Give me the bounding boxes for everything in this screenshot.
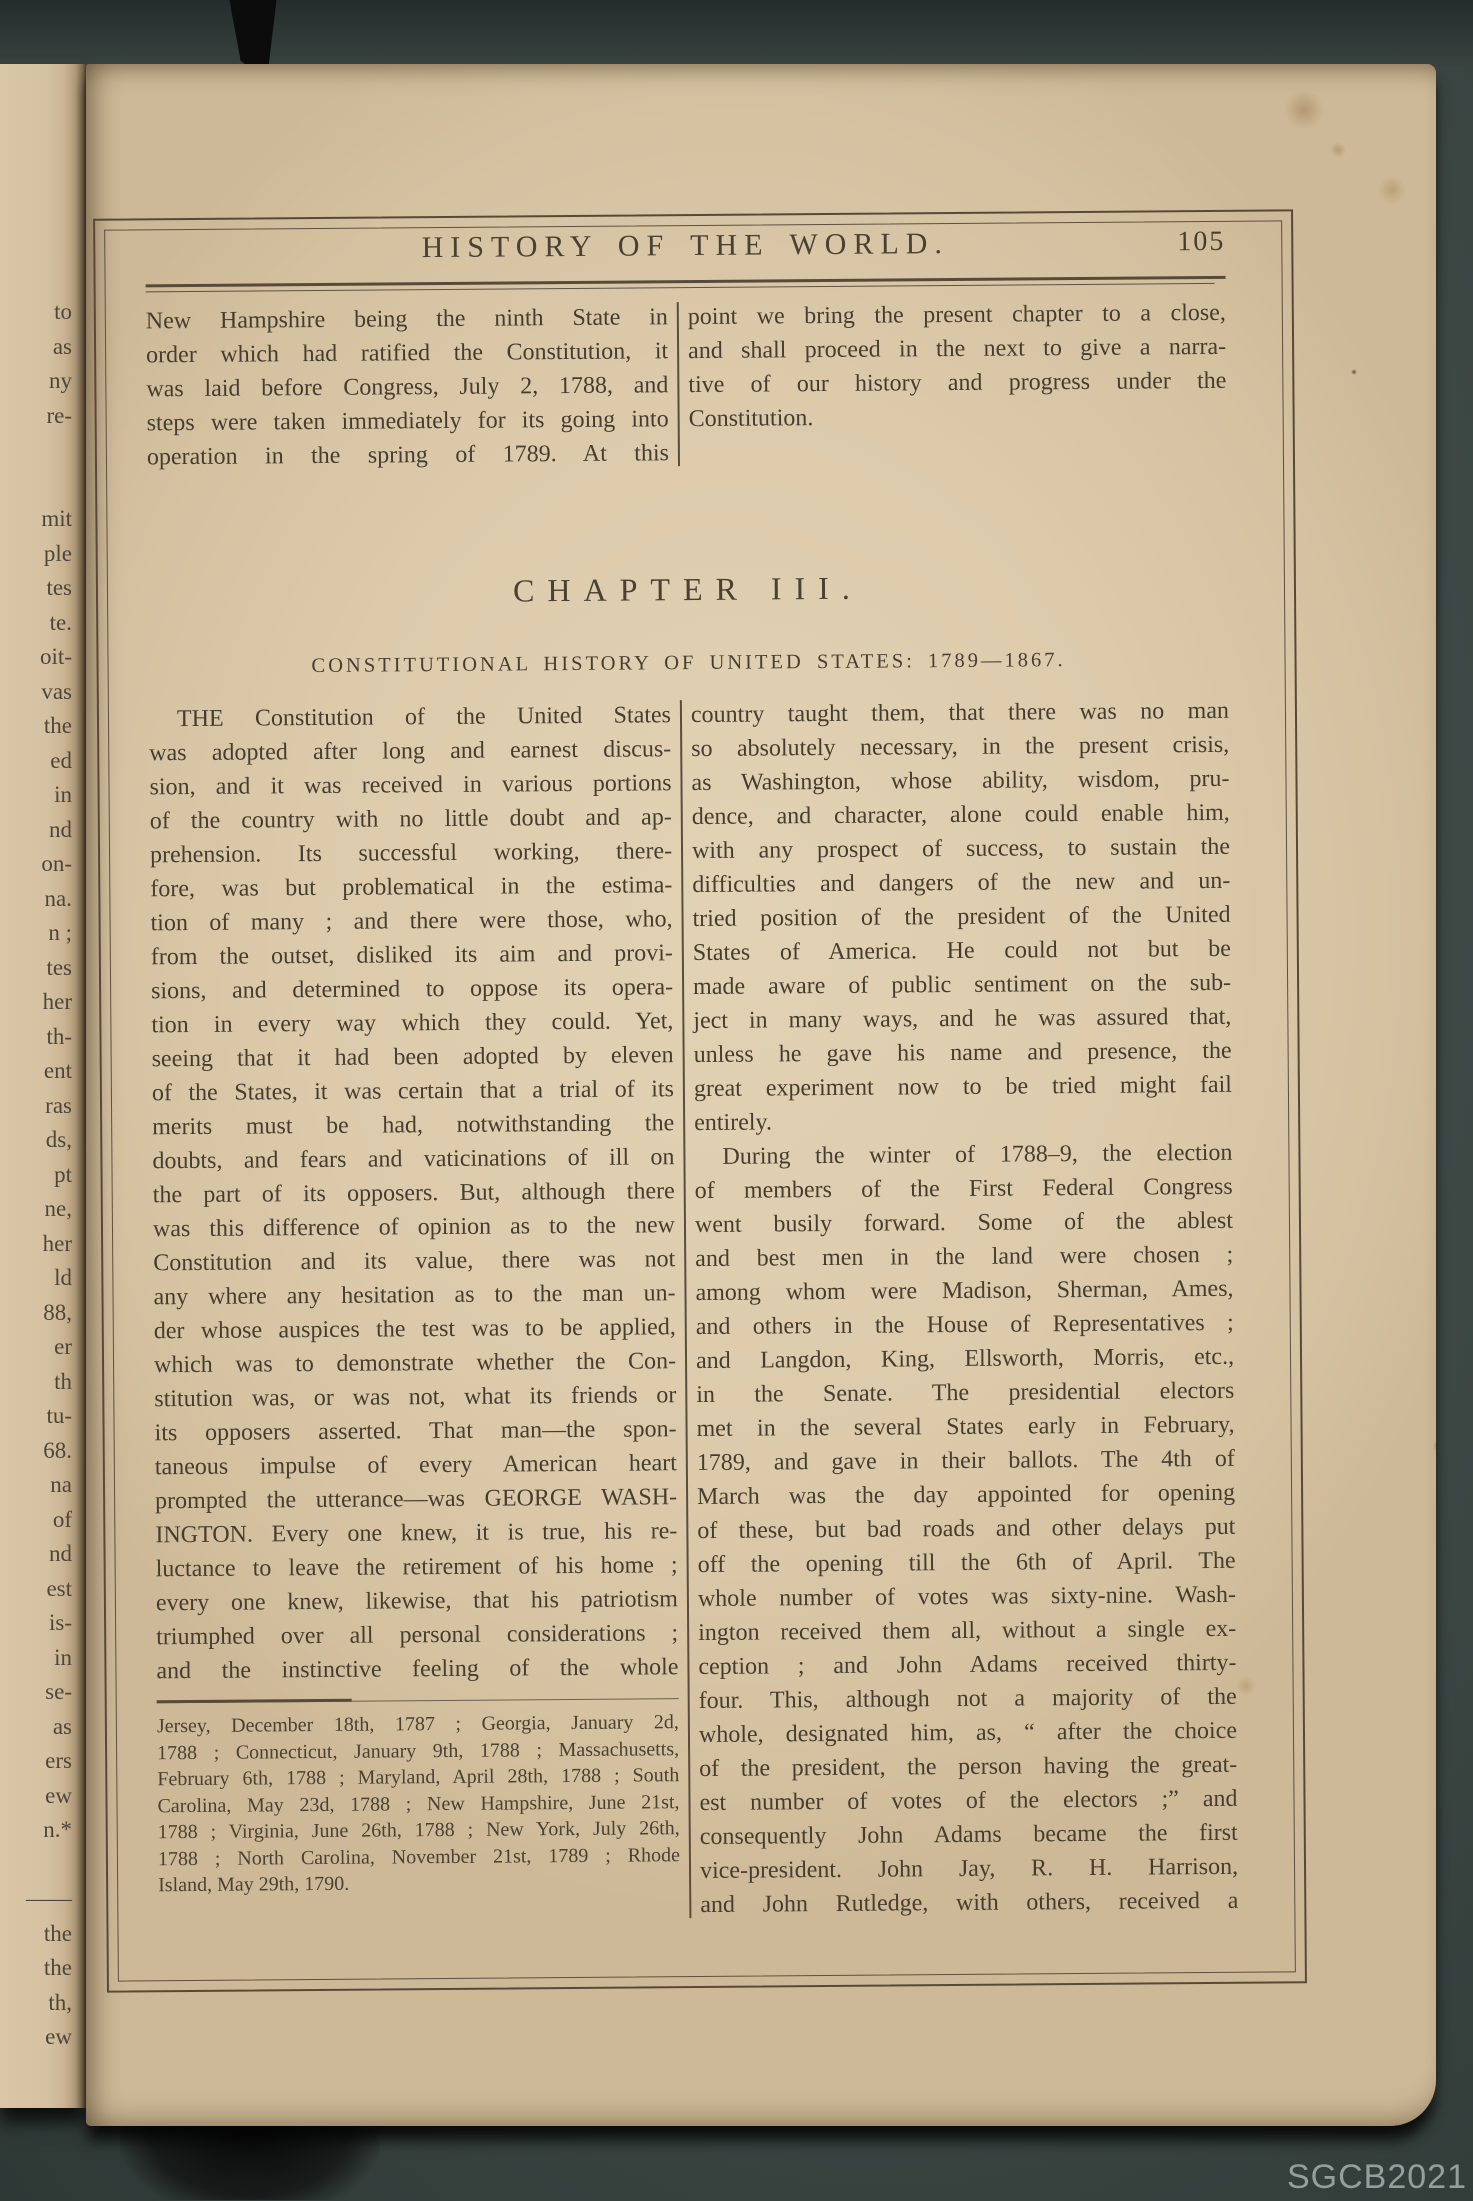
- margin-fragment: of: [6, 1503, 72, 1538]
- text-line: Jersey, December 18th, 1787 ; Georgia, J…: [157, 1709, 679, 1740]
- margin-fragment: as: [6, 1710, 72, 1745]
- text-line: vice-president. John Jay, R. H. Harrison…: [700, 1850, 1238, 1888]
- watermark: SGCB2021: [1287, 2158, 1467, 2197]
- text-line: merits must be had, notwithstanding the: [152, 1106, 674, 1144]
- text-line: THE Constitution of the United States: [149, 698, 671, 736]
- margin-fragment: ew: [6, 1779, 72, 1814]
- text-line: whole number of votes was sixty-nine. Wa…: [698, 1578, 1236, 1616]
- text-line: March was the day appointed for opening: [697, 1476, 1235, 1514]
- margin-fragment: re-: [6, 399, 72, 434]
- text-line: 1788 ; Virginia, June 26th, 1788 ; New Y…: [158, 1815, 680, 1846]
- text-line: made aware of public sentiment on the su…: [693, 966, 1231, 1004]
- margin-fragment: on-: [6, 847, 72, 882]
- text-line: and best men in the land were chosen ;: [695, 1238, 1233, 1276]
- column-divider: [680, 700, 691, 1918]
- text-line: ject in many ways, and he was assured th…: [693, 1000, 1231, 1038]
- body-column-left: THE Constitution of the United Stateswas…: [149, 698, 681, 1926]
- text-column-left: New Hampshire being the ninth State inor…: [146, 300, 669, 474]
- text-line: was adopted after long and earnest discu…: [149, 732, 671, 770]
- margin-fragment: vas: [6, 675, 72, 710]
- text-line: of the States, it was certain that a tri…: [152, 1072, 674, 1110]
- margin-fragment: er: [6, 1330, 72, 1365]
- text-line: prehension. Its successful working, ther…: [150, 834, 672, 872]
- text-line: and Langdon, King, Ellsworth, Morris, et…: [696, 1340, 1234, 1378]
- text-line: tion in every way which they could. Yet,: [151, 1004, 673, 1042]
- text-line: 1789, and gave in their ballots. The 4th…: [697, 1442, 1235, 1480]
- text-line: met in the several States early in Febru…: [696, 1408, 1234, 1446]
- margin-fragment: n ;: [6, 916, 72, 951]
- text-line: which was to demonstrate whether the Con…: [154, 1344, 676, 1382]
- printed-border-frame: HISTORY OF THE WORLD. 105 New Hampshire …: [93, 209, 1307, 1992]
- chapter-heading: CHAPTER III.: [148, 562, 1228, 616]
- scanned-book-photo: toasnyre-mitpleteste.oit-vastheedinndon-…: [0, 0, 1473, 2201]
- body-section: THE Constitution of the United Stateswas…: [149, 694, 1239, 1926]
- text-line: country taught them, that there was no m…: [691, 694, 1229, 732]
- text-line: tive of our history and progress under t…: [688, 364, 1226, 402]
- margin-fragment: oit-: [6, 640, 72, 675]
- text-line: and others in the House of Representativ…: [696, 1306, 1234, 1344]
- margin-fragment: ed: [6, 744, 72, 779]
- margin-fragment: [6, 1848, 72, 1883]
- continuation-section: New Hampshire being the ninth State inor…: [146, 296, 1227, 474]
- text-line: 1788 ; Connecticut, January 9th, 1788 ; …: [157, 1736, 679, 1767]
- text-line: prompted the utterance—was GEORGE WASH-: [155, 1480, 677, 1518]
- margin-fragment: [6, 433, 72, 468]
- text-line: was laid before Congress, July 2, 1788, …: [146, 368, 668, 406]
- margin-fragment: as: [6, 330, 72, 365]
- text-line: among whom were Madison, Sherman, Ames,: [695, 1272, 1233, 1310]
- page-content: HISTORY OF THE WORLD. 105 New Hampshire …: [145, 224, 1238, 1926]
- text-line: stitution was, or was not, what its frie…: [154, 1378, 676, 1416]
- text-line: During the winter of 1788–9, the electio…: [694, 1136, 1232, 1174]
- margin-fragment: her: [6, 985, 72, 1020]
- margin-fragment: 88,: [6, 1296, 72, 1331]
- margin-fragment: the: [6, 1951, 72, 1986]
- margin-fragment: se-: [6, 1675, 72, 1710]
- text-line: in the Senate. The presidential electors: [696, 1374, 1234, 1412]
- margin-fragment: ——: [6, 1882, 72, 1917]
- text-line: tion of many ; and there were those, who…: [150, 902, 672, 940]
- margin-fragment: in: [6, 778, 72, 813]
- text-line: of the president, the person having the …: [699, 1748, 1237, 1786]
- text-line: any where any hesitation as to the man u…: [153, 1276, 675, 1314]
- text-line: der whose auspices the test was to be ap…: [154, 1310, 676, 1348]
- text-line: sion, and it was received in various por…: [149, 766, 671, 804]
- text-line: order which had ratified the Constitutio…: [146, 334, 668, 372]
- text-line: sions, and determined to oppose its oper…: [151, 970, 673, 1008]
- margin-fragment: ny: [6, 364, 72, 399]
- text-line: its opposers asserted. That man—the spon…: [154, 1412, 676, 1450]
- text-line: and John Rutledge, with others, received…: [700, 1884, 1238, 1922]
- text-line: of members of the First Federal Congress: [695, 1170, 1233, 1208]
- margin-fragment: ple: [6, 537, 72, 572]
- margin-fragment: th-: [6, 1020, 72, 1055]
- text-line: four. This, although not a majority of t…: [699, 1680, 1237, 1718]
- body-text-left: THE Constitution of the United Stateswas…: [149, 698, 679, 1688]
- text-line: fore, was but problematical in the estim…: [150, 868, 672, 906]
- text-line: consequently John Adams became the first: [700, 1816, 1238, 1854]
- page-number: 105: [1177, 224, 1225, 260]
- text-line: doubts, and fears and vaticinations of i…: [152, 1140, 674, 1178]
- text-line: operation in the spring of 1789. At this: [147, 436, 669, 474]
- text-line: went busily forward. Some of the ablest: [695, 1204, 1233, 1242]
- margin-fragment: na: [6, 1468, 72, 1503]
- margin-fragment: the: [6, 1917, 72, 1952]
- margin-fragment: in: [6, 1641, 72, 1676]
- margin-fragment: mit: [6, 502, 72, 537]
- text-line: 1788 ; North Carolina, November 21st, 17…: [158, 1842, 680, 1873]
- text-line: so absolutely necessary, in the present …: [691, 728, 1229, 766]
- text-line: from the outset, disliked its aim and pr…: [151, 936, 673, 974]
- column-divider: [677, 302, 680, 466]
- margin-fragment: tes: [6, 571, 72, 606]
- text-line: whole, designated him, as, “ after the c…: [699, 1714, 1237, 1752]
- margin-fragment: to: [6, 295, 72, 330]
- text-line: February 6th, 1788 ; Maryland, April 28t…: [157, 1762, 679, 1793]
- margin-fragments: toasnyre-mitpleteste.oit-vastheedinndon-…: [6, 295, 72, 2055]
- text-line: ington received them all, without a sing…: [698, 1612, 1236, 1650]
- text-line: Island, May 29th, 1790.: [158, 1868, 680, 1899]
- margin-fragment: ew: [6, 2020, 72, 2055]
- margin-fragment: ld: [6, 1261, 72, 1296]
- text-line: as Washington, whose ability, wisdom, pr…: [691, 762, 1229, 800]
- margin-fragment: n.*: [6, 1813, 72, 1848]
- text-line: triumphed over all personal consideratio…: [156, 1616, 678, 1654]
- margin-fragment: ras: [6, 1089, 72, 1124]
- text-line: taneous impulse of every American heart: [155, 1446, 677, 1484]
- margin-fragment: th,: [6, 1986, 72, 2021]
- margin-fragment: th: [6, 1365, 72, 1400]
- margin-fragment: te.: [6, 606, 72, 641]
- body-column-right: country taught them, that there was no m…: [691, 694, 1239, 1922]
- footnote: Jersey, December 18th, 1787 ; Georgia, J…: [157, 1709, 680, 1899]
- margin-fragment: tes: [6, 951, 72, 986]
- text-line: off the opening till the 6th of April. T…: [698, 1544, 1236, 1582]
- text-line: est number of votes of the electors ;” a…: [699, 1782, 1237, 1820]
- margin-fragment: ent: [6, 1054, 72, 1089]
- text-line: steps were taken immediately for its goi…: [147, 402, 669, 440]
- margin-fragment: ne,: [6, 1192, 72, 1227]
- facing-page-edge: toasnyre-mitpleteste.oit-vastheedinndon-…: [0, 64, 86, 2108]
- text-line: INGTON. Every one knew, it is true, his …: [155, 1514, 677, 1552]
- text-line: States of America. He could not but be: [693, 932, 1231, 970]
- margin-fragment: [6, 468, 72, 503]
- text-line: ception ; and John Adams received thirty…: [698, 1646, 1236, 1684]
- text-line: the part of its opposers. But, although …: [153, 1174, 675, 1212]
- chapter-subtitle: CONSTITUTIONAL HISTORY OF UNITED STATES:…: [148, 644, 1228, 682]
- text-line: was this difference of opinion as to the…: [153, 1208, 675, 1246]
- margin-fragment: tu-: [6, 1399, 72, 1434]
- page-title: HISTORY OF THE WORLD.: [422, 227, 950, 264]
- margin-fragment: nd: [6, 1537, 72, 1572]
- margin-fragment: nd: [6, 813, 72, 848]
- text-line: and the instinctive feeling of the whole: [156, 1650, 678, 1688]
- text-line: with any prospect of success, to sustain…: [692, 830, 1230, 868]
- running-header: HISTORY OF THE WORLD. 105: [145, 224, 1225, 268]
- header-rule-thick: [146, 276, 1226, 287]
- margin-fragment: the: [6, 709, 72, 744]
- footnote-separator: [157, 1698, 679, 1703]
- book-page: HISTORY OF THE WORLD. 105 New Hampshire …: [86, 64, 1436, 2126]
- margin-fragment: ers: [6, 1744, 72, 1779]
- text-line: point we bring the present chapter to a …: [688, 296, 1226, 334]
- text-column-right: point we bring the present chapter to a …: [688, 296, 1227, 470]
- text-line: Constitution.: [689, 398, 1227, 436]
- header-rule: [146, 276, 1226, 292]
- margin-fragment: 68.: [6, 1434, 72, 1469]
- margin-fragment: na.: [6, 882, 72, 917]
- text-line: of these, but bad roads and other delays…: [697, 1510, 1235, 1548]
- text-line: New Hampshire being the ninth State in: [146, 300, 668, 338]
- text-line: Constitution and its value, there was no…: [153, 1242, 675, 1280]
- text-line: and shall proceed in the next to give a …: [688, 330, 1226, 368]
- text-line: dence, and character, alone could enable…: [692, 796, 1230, 834]
- text-line: luctance to leave the retirement of his …: [156, 1548, 678, 1586]
- text-line: entirely.: [694, 1102, 1232, 1140]
- text-line: Carolina, May 23d, 1788 ; New Hampshire,…: [157, 1789, 679, 1820]
- text-line: unless he gave his name and presence, th…: [694, 1034, 1232, 1072]
- text-line: seeing that it had been adopted by eleve…: [152, 1038, 674, 1076]
- margin-fragment: ds,: [6, 1123, 72, 1158]
- text-line: tried position of the president of the U…: [692, 898, 1230, 936]
- margin-fragment: her: [6, 1227, 72, 1262]
- text-line: every one knew, likewise, that his patri…: [156, 1582, 678, 1620]
- text-line: great experiment now to be tried might f…: [694, 1068, 1232, 1106]
- book-cover-edge: [0, 0, 1473, 66]
- text-line: difficulties and dangers of the new and …: [692, 864, 1230, 902]
- margin-fragment: pt: [6, 1158, 72, 1193]
- margin-fragment: est: [6, 1572, 72, 1607]
- margin-fragment: is-: [6, 1606, 72, 1641]
- text-line: of the country with no little doubt and …: [150, 800, 672, 838]
